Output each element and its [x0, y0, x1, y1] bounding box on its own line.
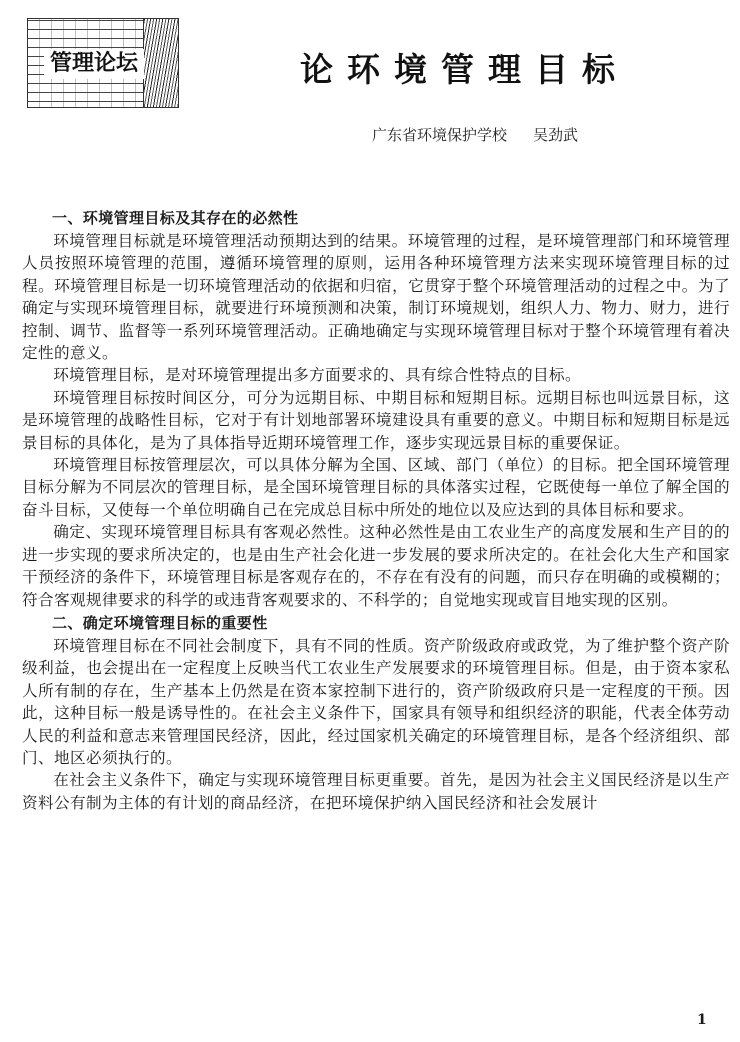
section-heading-1: 一、环境管理目标及其存在的必然性	[22, 206, 730, 230]
column-logo-text: 管理论坛	[44, 49, 144, 79]
paragraph: 环境管理目标就是环境管理活动预期达到的结果。环境管理的过程，是环境管理部门和环境…	[22, 230, 730, 364]
page-number: 1	[697, 1012, 707, 1028]
byline: 广东省环境保护学校吴劲武	[372, 124, 578, 145]
article-title: 论环境管理目标	[300, 44, 629, 91]
author: 吴劲武	[533, 126, 578, 144]
affiliation: 广东省环境保护学校	[372, 126, 507, 144]
paragraph: 环境管理目标，是对环境管理提出多方面要求的、具有综合性特点的目标。	[22, 364, 730, 386]
column-logo: 管理论坛	[27, 18, 179, 108]
article-body: 一、环境管理目标及其存在的必然性 环境管理目标就是环境管理活动预期达到的结果。环…	[22, 206, 730, 814]
logo-decoration	[143, 19, 178, 107]
paragraph: 确定、实现环境管理目标具有客观必然性。这种必然性是由工农业生产的高度发展和生产目…	[22, 521, 730, 611]
section-heading-2: 二、确定环境管理目标的重要性	[22, 611, 730, 635]
paragraph: 在社会主义条件下，确定与实现环境管理目标更重要。首先，是因为社会主义国民经济是以…	[22, 769, 730, 814]
paragraph: 环境管理目标按时间区分，可分为远期目标、中期目标和短期目标。远期目标也叫远景目标…	[22, 387, 730, 454]
paragraph: 环境管理目标在不同社会制度下，具有不同的性质。资产阶级政府或政党，为了维护整个资…	[22, 635, 730, 769]
paragraph: 环境管理目标按管理层次，可以具体分解为全国、区域、部门（单位）的目标。把全国环境…	[22, 454, 730, 521]
